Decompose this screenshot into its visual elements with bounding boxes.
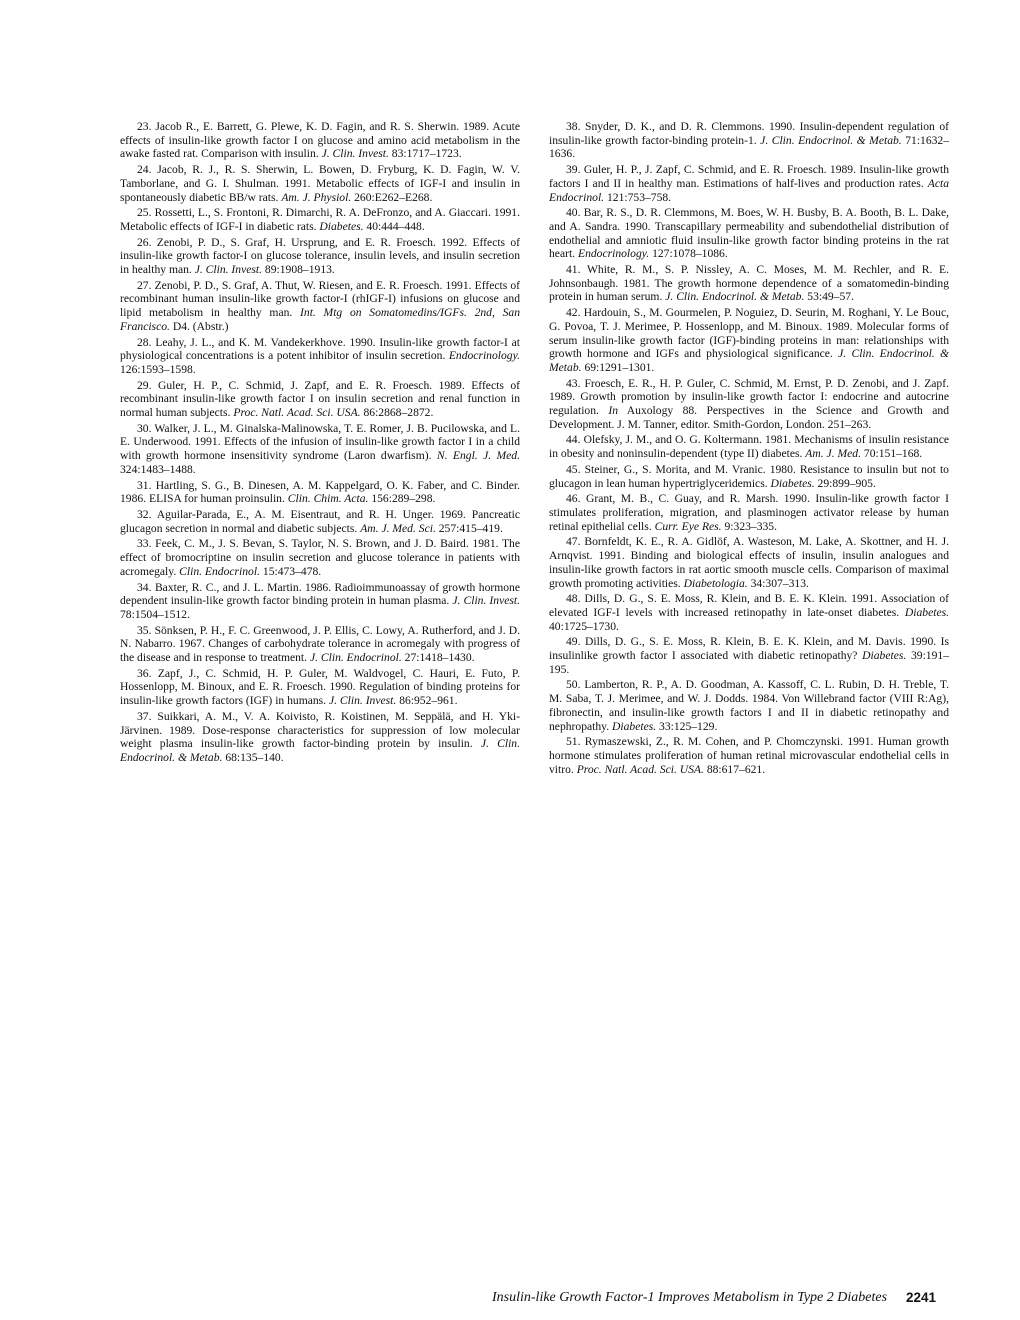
reference-citation: 88:617–621. (707, 763, 765, 776)
running-title: Insulin-like Growth Factor-1 Improves Me… (492, 1290, 887, 1305)
reference-journal: Clin. Endocrinol. (179, 565, 260, 578)
reference-number: 47. (566, 535, 581, 548)
reference-citation: 260:E262–E268. (354, 191, 432, 204)
reference-number: 29. (137, 379, 152, 392)
reference-citation: 29:899–905. (818, 477, 876, 490)
reference-citation: 89:1908–1913. (265, 263, 335, 276)
reference-entry: 36. Zapf, J., C. Schmid, H. P. Guler, M.… (120, 667, 520, 708)
reference-journal: Diabetes. (319, 220, 363, 233)
reference-citation: 86:952–961. (399, 694, 457, 707)
reference-entry: 39. Guler, H. P., J. Zapf, C. Schmid, an… (549, 163, 949, 204)
reference-citation: 33:125–129. (659, 720, 717, 733)
reference-text: Steiner, G., S. Morita, and M. Vranic. 1… (549, 463, 949, 490)
reference-entry: 49. Dills, D. G., S. E. Moss, R. Klein, … (549, 635, 949, 676)
reference-entry: 51. Rymaszewski, Z., R. M. Cohen, and P.… (549, 735, 949, 776)
reference-number: 46. (566, 492, 581, 505)
reference-entry: 45. Steiner, G., S. Morita, and M. Vrani… (549, 463, 949, 490)
reference-text: Lamberton, R. P., A. D. Goodman, A. Kass… (549, 678, 949, 732)
reference-journal: Diabetologia. (684, 577, 748, 590)
reference-journal: Proc. Natl. Acad. Sci. USA. (577, 763, 704, 776)
reference-entry: 25. Rossetti, L., S. Frontoni, R. Dimarc… (120, 206, 520, 233)
reference-journal: J. Clin. Endocrinol. & Metab. (665, 290, 804, 303)
reference-number: 37. (137, 710, 152, 723)
reference-entry: 46. Grant, M. B., C. Guay, and R. Marsh.… (549, 492, 949, 533)
reference-journal: Am. J. Med. (805, 447, 861, 460)
reference-citation: 126:1593–1598. (120, 363, 196, 376)
reference-journal: J. Clin. Invest. (329, 694, 396, 707)
reference-citation: 78:1504–1512. (120, 608, 190, 621)
reference-text: Bornfeldt, K. E., R. A. Gidlöf, A. Waste… (549, 535, 949, 589)
reference-journal: In (608, 404, 618, 417)
reference-number: 26. (137, 236, 152, 249)
reference-journal: Endocrinology. (578, 247, 649, 260)
reference-number: 23. (137, 120, 152, 133)
reference-journal: Am. J. Physiol. (281, 191, 351, 204)
reference-entry: 41. White, R. M., S. P. Nissley, A. C. M… (549, 263, 949, 304)
reference-entry: 50. Lamberton, R. P., A. D. Goodman, A. … (549, 678, 949, 733)
reference-number: 35. (137, 624, 152, 637)
reference-citation: 53:49–57. (807, 290, 854, 303)
reference-citation: 40:444–448. (366, 220, 424, 233)
reference-journal: J. Clin. Invest. (322, 147, 389, 160)
reference-journal: Clin. Chim. Acta. (288, 492, 369, 505)
reference-citation: 70:151–168. (864, 447, 922, 460)
reference-entry: 40. Bar, R. S., D. R. Clemmons, M. Boes,… (549, 206, 949, 261)
reference-entry: 30. Walker, J. L., M. Ginalska-Malinowsk… (120, 422, 520, 477)
reference-citation: 40:1725–1730. (549, 620, 619, 633)
reference-number: 39. (566, 163, 581, 176)
reference-journal: Diabetes. (862, 649, 906, 662)
reference-entry: 44. Olefsky, J. M., and O. G. Koltermann… (549, 433, 949, 460)
reference-journal: J. Clin. Endocrinol. & Metab. (760, 134, 902, 147)
reference-citation: 15:473–478. (263, 565, 321, 578)
reference-number: 27. (137, 279, 152, 292)
page-number: 2241 (906, 1290, 936, 1305)
reference-entry: 24. Jacob, R. J., R. S. Sherwin, L. Bowe… (120, 163, 520, 204)
reference-entry: 34. Baxter, R. C., and J. L. Martin. 198… (120, 581, 520, 622)
reference-journal: J. Clin. Invest. (452, 594, 520, 607)
reference-journal: Diabetes. (771, 477, 815, 490)
reference-entry: 35. Sönksen, P. H., F. C. Greenwood, J. … (120, 624, 520, 665)
reference-citation: 257:415–419. (439, 522, 503, 535)
reference-text: Guler, H. P., J. Zapf, C. Schmid, and E.… (549, 163, 949, 190)
reference-journal: N. Engl. J. Med. (437, 449, 520, 462)
page-footer: Insulin-like Growth Factor-1 Improves Me… (492, 1290, 952, 1306)
reference-number: 34. (137, 581, 152, 594)
reference-text: Dills, D. G., S. E. Moss, R. Klein, and … (549, 592, 949, 619)
reference-number: 41. (566, 263, 581, 276)
reference-citation: 83:1717–1723. (392, 147, 462, 160)
reference-citation: 324:1483–1488. (120, 463, 196, 476)
reference-number: 42. (566, 306, 581, 319)
reference-number: 51. (566, 735, 581, 748)
reference-journal: Endocrinology. (449, 349, 520, 362)
reference-number: 49. (566, 635, 581, 648)
reference-citation: D4. (Abstr.) (173, 320, 229, 333)
reference-number: 44. (566, 433, 581, 446)
reference-number: 31. (137, 479, 152, 492)
reference-entry: 38. Snyder, D. K., and D. R. Clemmons. 1… (549, 120, 949, 161)
reference-number: 45. (566, 463, 581, 476)
reference-citation: 68:135–140. (225, 751, 283, 764)
reference-journal: Proc. Natl. Acad. Sci. USA. (233, 406, 360, 419)
reference-citation: 69:1291–1301. (584, 361, 654, 374)
reference-number: 32. (137, 508, 152, 521)
reference-text: Suikkari, A. M., V. A. Koivisto, R. Kois… (120, 710, 520, 750)
reference-entry: 47. Bornfeldt, K. E., R. A. Gidlöf, A. W… (549, 535, 949, 590)
reference-citation: 121:753–758. (607, 191, 671, 204)
reference-entry: 37. Suikkari, A. M., V. A. Koivisto, R. … (120, 710, 520, 765)
reference-entry: 29. Guler, H. P., C. Schmid, J. Zapf, an… (120, 379, 520, 420)
reference-citation: 127:1078–1086. (652, 247, 728, 260)
reference-number: 36. (137, 667, 152, 680)
reference-text: Zapf, J., C. Schmid, H. P. Guler, M. Wal… (120, 667, 520, 707)
reference-number: 28. (137, 336, 152, 349)
reference-number: 50. (566, 678, 581, 691)
reference-number: 40. (566, 206, 581, 219)
references-right-column: 38. Snyder, D. K., and D. R. Clemmons. 1… (549, 120, 949, 778)
reference-entry: 31. Hartling, S. G., B. Dinesen, A. M. K… (120, 479, 520, 506)
reference-number: 24. (137, 163, 152, 176)
reference-journal: Diabetes. (612, 720, 656, 733)
reference-entry: 26. Zenobi, P. D., S. Graf, H. Ursprung,… (120, 236, 520, 277)
references-left-column: 23. Jacob R., E. Barrett, G. Plewe, K. D… (120, 120, 520, 767)
reference-citation: 34:307–313. (751, 577, 809, 590)
reference-number: 38. (566, 120, 581, 133)
reference-citation: 27:1418–1430. (405, 651, 475, 664)
reference-entry: 28. Leahy, J. L., and K. M. Vandekerkhov… (120, 336, 520, 377)
reference-entry: 23. Jacob R., E. Barrett, G. Plewe, K. D… (120, 120, 520, 161)
reference-entry: 43. Froesch, E. R., H. P. Guler, C. Schm… (549, 377, 949, 432)
reference-entry: 32. Aguilar-Parada, E., A. M. Eisentraut… (120, 508, 520, 535)
reference-citation: 156:289–298. (371, 492, 435, 505)
reference-journal: J. Clin. Invest. (195, 263, 262, 276)
reference-number: 30. (137, 422, 152, 435)
reference-number: 33. (137, 537, 152, 550)
reference-journal: Am. J. Med. Sci. (360, 522, 436, 535)
reference-number: 43. (566, 377, 581, 390)
reference-journal: Curr. Eye Res. (655, 520, 722, 533)
reference-entry: 33. Feek, C. M., J. S. Bevan, S. Taylor,… (120, 537, 520, 578)
reference-citation: 9:323–335. (725, 520, 778, 533)
reference-number: 25. (137, 206, 152, 219)
reference-journal: Diabetes. (905, 606, 949, 619)
reference-citation: 86:2868–2872. (363, 406, 433, 419)
reference-number: 48. (566, 592, 581, 605)
reference-journal: J. Clin. Endocrinol. (310, 651, 402, 664)
reference-entry: 48. Dills, D. G., S. E. Moss, R. Klein, … (549, 592, 949, 633)
reference-entry: 27. Zenobi, P. D., S. Graf, A. Thut, W. … (120, 279, 520, 334)
reference-entry: 42. Hardouin, S., M. Gourmelen, P. Nogui… (549, 306, 949, 375)
